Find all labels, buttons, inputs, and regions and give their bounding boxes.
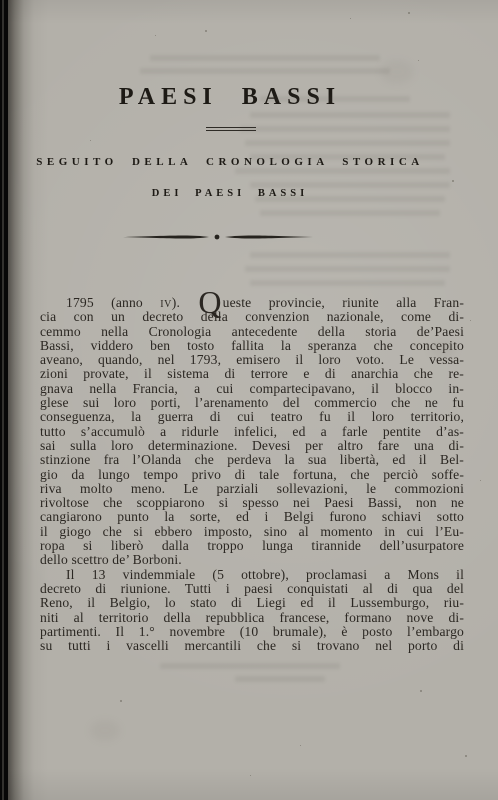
paper-speck — [408, 12, 410, 14]
paper-speck — [120, 700, 122, 702]
text-line: ropa si liberò dalla troppo lunga tirann… — [40, 539, 464, 553]
bleed-through-artifact — [255, 196, 445, 202]
paper-speck — [452, 180, 454, 182]
paper-stain — [430, 340, 456, 358]
drop-cap-initial: Q — [197, 284, 222, 320]
paper-speck — [155, 35, 156, 36]
bleed-through-artifact — [245, 140, 450, 146]
text-line-first: 1795 (anno iv). Queste provincie, riunit… — [40, 296, 464, 310]
text-line: dello scettro de’ Borboni. — [40, 553, 464, 567]
text-line: riva molto meno. Le parziali sollevazion… — [40, 482, 464, 496]
paper-speck — [480, 480, 481, 481]
text-line: cangiarono punto la sorte, ed i Belgi fu… — [40, 510, 464, 524]
body-text: 1795 (anno iv). Queste provincie, riunit… — [40, 296, 464, 653]
text-line: niti al territorio della repubblica fran… — [40, 611, 464, 625]
text-line: cia con un decreto della convenzion nazi… — [40, 310, 464, 324]
text-line: conseguenza, la guerra di cui teatro fu … — [40, 410, 464, 424]
bleed-through-artifact — [150, 55, 380, 61]
text-line: gio da lungo tempo privo di tale fortuna… — [40, 468, 464, 482]
bleed-through-artifact — [260, 210, 440, 216]
paper-speck — [300, 745, 301, 746]
text-line: gnava nella Francia, a cui compartecipav… — [40, 382, 464, 396]
text-line: tutto s’accumulò a ridurle infelici, ed … — [40, 425, 464, 439]
text-line: Il 13 vindemmiale (5 ottobre), proclamas… — [40, 568, 464, 582]
paper-speck — [420, 690, 422, 692]
paper-speck — [205, 30, 207, 32]
paper-speck — [418, 60, 419, 61]
bleed-through-artifact — [250, 280, 445, 286]
bleed-through-artifact — [250, 252, 450, 258]
paper-speck — [55, 560, 56, 561]
paper-stain — [90, 720, 120, 741]
text-line: Reno, il Belgio, lo stato di Liegi ed il… — [40, 596, 464, 610]
bleed-through-artifact — [235, 168, 450, 174]
text-line: decreto di riunione. Tutti i paesi conqu… — [40, 582, 464, 596]
paper-speck — [465, 755, 467, 757]
paper-speck — [90, 140, 91, 141]
text-line: partimenti. Il 1.° novembre (10 brumale)… — [40, 625, 464, 639]
paper-stain — [380, 60, 414, 84]
text-line: il giogo che si ebbero imposto, sino al … — [40, 525, 464, 539]
spine-edge — [2, 0, 4, 800]
paper-speck — [350, 18, 351, 19]
bleed-through-artifact — [250, 182, 450, 188]
year-close: ). — [172, 295, 198, 310]
tapered-rule-with-center-dot-icon — [123, 231, 313, 243]
paper-speck — [250, 775, 251, 776]
anno-smallcaps: iv — [160, 295, 172, 310]
text-line: sai sulla loro determinazione. Devesi pe… — [40, 439, 464, 453]
book-page-scan: PAESI BASSI SEGUITO DELLA CRONOLOGIA STO… — [0, 0, 498, 800]
paper-speck — [470, 320, 471, 321]
bleed-through-artifact — [235, 676, 325, 682]
paragraph-2: Il 13 vindemmiale (5 ottobre), proclamas… — [40, 568, 464, 654]
bleed-through-artifact — [245, 266, 450, 272]
text-line: Bassi, viddero ben tosto fallita la sper… — [40, 339, 464, 353]
text-line: stinzione fra l’Olanda che perdeva la su… — [40, 453, 464, 467]
text-line: aveano, quando, nel 1793, emisero il lor… — [40, 353, 464, 367]
text-line: rivoltose che scoppiarono si spesso nei … — [40, 496, 464, 510]
text-line: zioni provate, il sistema di terrore e d… — [40, 367, 464, 381]
year-lead: 1795 (anno — [66, 295, 160, 310]
text-line: cemmo nella Cronologia antecedente della… — [40, 325, 464, 339]
text-line: glese sui loro porti, l’arenamento del c… — [40, 396, 464, 410]
bleed-through-artifact — [140, 68, 390, 74]
bleed-through-artifact — [250, 154, 445, 160]
bleed-through-artifact — [260, 96, 410, 102]
bleed-through-artifact — [160, 663, 340, 669]
paragraph-1: cia con un decreto della convenzion nazi… — [40, 310, 464, 567]
text-line: su tutti i vascelli mercantili che si tr… — [40, 639, 464, 653]
bleed-through-artifact — [240, 126, 450, 132]
first-line-rest: ueste provincie, riunite alla Fran- — [223, 295, 464, 310]
bleed-through-artifact — [250, 112, 450, 118]
